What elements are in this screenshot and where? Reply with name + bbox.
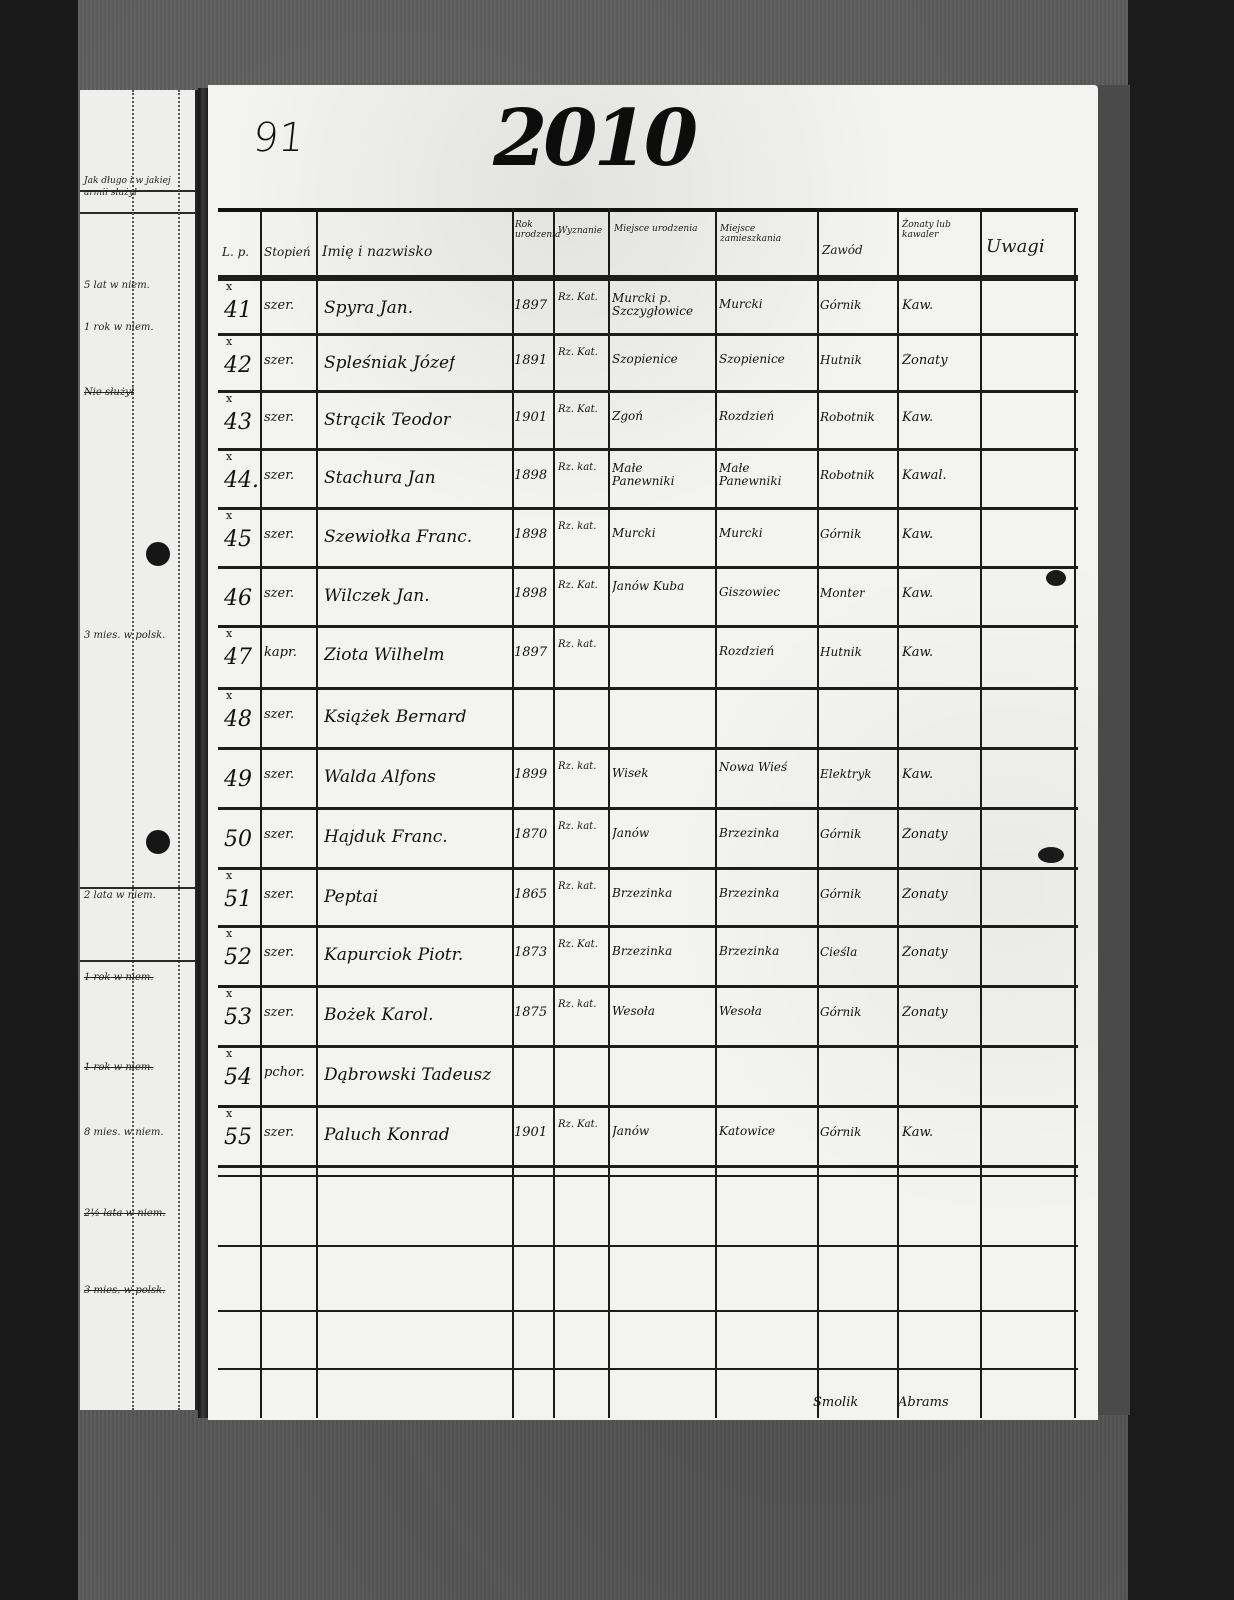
cell-marital: Żonaty [902, 353, 948, 368]
cell-religion: Rz. kat. [558, 999, 598, 1010]
cell-occupation: Górnik [820, 1005, 861, 1019]
cell-occupation: Robotnik [820, 410, 875, 424]
cell-rank: szer. [264, 827, 294, 842]
cell-occupation: Górnik [820, 527, 861, 541]
cell-rank: szer. [264, 945, 294, 960]
cell-marital: Kaw. [902, 410, 933, 425]
cell-lp: 50 [224, 827, 252, 852]
check-mark: x [226, 987, 232, 1000]
cell-rank: szer. [264, 298, 294, 313]
cell-birth-year: 1897 [514, 645, 547, 660]
cell-birthplace: Wisek [612, 767, 649, 780]
cell-lp: 47 [224, 645, 252, 670]
cell-residence: Katowice [719, 1125, 775, 1138]
header-lp: L. p. [222, 246, 249, 259]
punch-hole [146, 830, 170, 854]
cell-name: Bożek Karol. [324, 1005, 434, 1025]
check-mark: x [226, 450, 232, 463]
cell-rank: szer. [264, 1005, 294, 1020]
cell-residence: Nowa Wieś [719, 761, 814, 774]
cell-name: Kapurciok Piotr. [324, 945, 463, 965]
cell-marital: Żonaty [902, 945, 948, 960]
check-mark: x [226, 869, 232, 882]
cell-rank: kapr. [264, 645, 297, 660]
cell-birthplace: Brzezinka [612, 945, 672, 958]
row-divider [218, 1165, 1078, 1168]
cell-birth-year: 1897 [514, 298, 547, 313]
check-mark: x [226, 927, 232, 940]
cell-religion: Rz. kat. [558, 521, 598, 532]
cell-name: Spyra Jan. [324, 298, 413, 318]
cell-residence: Szopienice [719, 353, 785, 366]
cell-birth-year: 1891 [514, 353, 547, 368]
facing-note: 1 rok w niem. [84, 1062, 196, 1073]
facing-divider [80, 887, 195, 889]
table-row: x44.szer.Stachura Jan1898Rz. kat.Małe Pa… [208, 448, 1074, 507]
cell-occupation: Górnik [820, 298, 861, 312]
facing-note: 2 lata w niem. [84, 890, 196, 901]
check-mark: x [226, 1047, 232, 1060]
cell-rank: szer. [264, 410, 294, 425]
signature: Abrams [898, 1395, 949, 1410]
cell-occupation: Cieśla [820, 945, 857, 959]
cell-name: Stachura Jan [324, 468, 436, 488]
cell-rank: szer. [264, 767, 294, 782]
cell-lp: 52 [224, 945, 252, 970]
check-mark: x [226, 392, 232, 405]
cell-birth-year: 1870 [514, 827, 547, 842]
table-top-rule [218, 208, 1078, 212]
cell-lp: 55 [224, 1125, 252, 1150]
cell-marital: Kaw. [902, 298, 933, 313]
cell-residence: Wesoła [719, 1005, 762, 1018]
header-religion: Wyznanie [558, 226, 606, 236]
table-row: x41szer.Spyra Jan.1897Rz. Kat.Murcki p. … [208, 278, 1074, 333]
cell-rank: szer. [264, 707, 294, 722]
cell-religion: Rz. kat. [558, 639, 598, 650]
table-row: x51szer.Peptai1865Rz. kat.BrzezinkaBrzez… [208, 867, 1074, 925]
cell-birthplace: Murcki [612, 527, 656, 540]
cell-marital: Kaw. [902, 586, 933, 601]
cell-religion: Rz. kat. [558, 761, 598, 772]
cell-religion: Rz. Kat. [558, 347, 598, 358]
cell-lp: 49 [224, 767, 252, 792]
cell-occupation: Górnik [820, 1125, 861, 1139]
facing-page-strip: Jak długo i w jakiej armii służył 5 lat … [80, 90, 198, 1410]
cell-rank: szer. [264, 353, 294, 368]
cell-name: Paluch Konrad [324, 1125, 450, 1145]
header-marital: Żonaty lub kawaler [902, 220, 976, 240]
table-row: 50szer.Hajduk Franc.1870Rz. kat.JanówBrz… [208, 807, 1074, 867]
table-row: 49szer.Walda Alfons1899Rz. kat.WisekNowa… [208, 747, 1074, 807]
cell-rank: szer. [264, 586, 294, 601]
register-number: 2010 [493, 93, 694, 184]
ledger-page: 91 2010 L. p. Stopień Imię i nazwisko Ro… [208, 85, 1098, 1420]
cell-lp: 45 [224, 527, 252, 552]
cell-name: Strącik Teodor [324, 410, 451, 430]
cell-birthplace: Murcki p. Szczygłowice [612, 292, 707, 318]
cell-birthplace: Zgoń [612, 410, 643, 423]
cell-residence: Murcki [719, 298, 763, 311]
cell-lp: 46 [224, 586, 252, 611]
table-row: x43szer.Strącik Teodor1901Rz. Kat.ZgońRo… [208, 390, 1074, 448]
check-mark: x [226, 509, 232, 522]
cell-rank: pchor. [264, 1065, 305, 1080]
cell-marital: Kaw. [902, 767, 933, 782]
check-mark: x [226, 280, 232, 293]
cell-lp: 42 [224, 353, 252, 378]
table-row: x55szer.Paluch Konrad1901Rz. Kat.JanówKa… [208, 1105, 1074, 1165]
cell-marital: Kaw. [902, 527, 933, 542]
table-row: x45szer.Szewiołka Franc.1898Rz. kat.Murc… [208, 507, 1074, 566]
facing-note: 2½ lata w niem. [84, 1208, 196, 1219]
cell-religion: Rz. Kat. [558, 1119, 598, 1130]
cell-religion: Rz. kat. [558, 462, 598, 473]
check-mark: x [226, 627, 232, 640]
cell-religion: Rz. kat. [558, 821, 598, 832]
cell-marital: Kaw. [902, 645, 933, 660]
cell-lp: 41 [224, 298, 252, 323]
table-row: x47kapr.Ziota Wilhelm1897Rz. kat.Rozdzie… [208, 625, 1074, 687]
punch-hole [146, 542, 170, 566]
cell-residence: Rozdzień [719, 410, 774, 423]
signature: Smolik [813, 1395, 858, 1410]
cell-residence: Murcki [719, 527, 763, 540]
cell-birth-year: 1901 [514, 410, 547, 425]
cell-birthplace: Brzezinka [612, 887, 672, 900]
cell-marital: Żonaty [902, 1005, 948, 1020]
cell-religion: Rz. Kat. [558, 404, 598, 415]
cell-lp: 48 [224, 707, 252, 732]
cell-name: Peptai [324, 887, 378, 907]
header-birthplace: Miejsce urodzenia [614, 224, 710, 234]
row-divider [218, 1175, 1078, 1177]
cell-birth-year: 1898 [514, 586, 547, 601]
cell-rank: szer. [264, 527, 294, 542]
cell-marital: Kaw. [902, 1125, 933, 1140]
cell-rank: szer. [264, 1125, 294, 1140]
row-divider [218, 1245, 1078, 1247]
cell-name: Wilczek Jan. [324, 586, 430, 606]
check-mark: x [226, 335, 232, 348]
cell-rank: szer. [264, 468, 294, 483]
cell-occupation: Górnik [820, 887, 861, 901]
header-birth-year: Rok urodzenia [515, 220, 551, 240]
cell-name: Walda Alfons [324, 767, 436, 787]
cell-name: Dąbrowski Tadeusz [324, 1065, 491, 1085]
cell-residence: Rozdzień [719, 645, 774, 658]
facing-note: 1 rok w niem. [84, 972, 196, 983]
cell-residence: Brzezinka [719, 887, 779, 900]
cell-rank: szer. [264, 887, 294, 902]
cell-lp: 43 [224, 410, 252, 435]
cell-occupation: Górnik [820, 827, 861, 841]
check-mark: x [226, 1107, 232, 1120]
header-remarks: Uwagi [986, 240, 1045, 253]
cell-occupation: Hutnik [820, 353, 862, 367]
cell-marital: Żonaty [902, 827, 948, 842]
cell-name: Szewiołka Franc. [324, 527, 472, 547]
cell-birthplace: Janów [612, 827, 649, 840]
cell-residence: Brzezinka [719, 945, 779, 958]
ink-blot [1046, 570, 1066, 586]
header-rank: Stopień [264, 246, 311, 259]
cell-birth-year: 1865 [514, 887, 547, 902]
cell-lp: 51 [224, 887, 252, 912]
cell-birthplace: Wesoła [612, 1005, 655, 1018]
facing-column-header: Jak długo i w jakiej armii służył [84, 175, 194, 199]
check-mark: x [226, 689, 232, 702]
table-row: 46szer.Wilczek Jan.1898Rz. Kat.Janów Kub… [208, 566, 1074, 625]
cell-lp: 53 [224, 1005, 252, 1030]
table-row: x52szer.Kapurciok Piotr.1873Rz. Kat.Brze… [208, 925, 1074, 985]
cell-name: Hajduk Franc. [324, 827, 448, 847]
table-row: x54pchor.Dąbrowski Tadeusz [208, 1045, 1074, 1105]
cell-religion: Rz. Kat. [558, 580, 598, 591]
cell-residence: Małe Panewniki [719, 462, 814, 488]
cell-birthplace: Janów Kuba [612, 580, 707, 593]
facing-note: Nie służył [84, 387, 196, 398]
facing-note: 3 mies. w polsk. [84, 630, 196, 641]
facing-divider [80, 960, 195, 962]
table-row: x48szer.Książek Bernard [208, 687, 1074, 747]
cell-religion: Rz. Kat. [558, 939, 598, 950]
row-divider [218, 1368, 1078, 1370]
header-occupation: Zawód [822, 244, 863, 257]
cell-birth-year: 1901 [514, 1125, 547, 1140]
cell-name: Ziota Wilhelm [324, 645, 444, 665]
cell-residence: Giszowiec [719, 586, 780, 599]
table-row: x42szer.Spleśniak Józef1891Rz. Kat.Szopi… [208, 333, 1074, 390]
facing-note: 1 rok w niem. [84, 322, 196, 333]
cell-name: Spleśniak Józef [324, 353, 455, 373]
header-residence: Miejsce zamieszkania [720, 224, 812, 244]
cell-lp: 54 [224, 1065, 252, 1090]
cell-birth-year: 1873 [514, 945, 547, 960]
cell-religion: Rz. kat. [558, 881, 598, 892]
cell-occupation: Hutnik [820, 645, 862, 659]
cell-birthplace: Szopienice [612, 353, 678, 366]
header-name: Imię i nazwisko [322, 246, 432, 259]
cell-birthplace: Janów [612, 1125, 649, 1138]
scan-edge-right [1128, 0, 1234, 1600]
cell-name: Książek Bernard [324, 707, 467, 727]
facing-note: 5 lat w niem. [84, 280, 196, 291]
table-row: x53szer.Bożek Karol.1875Rz. kat.WesołaWe… [208, 985, 1074, 1045]
cell-lp: 44. [224, 468, 259, 493]
cell-residence: Brzezinka [719, 827, 779, 840]
cell-birth-year: 1898 [514, 468, 547, 483]
cell-marital: Kawal. [902, 468, 947, 483]
cell-marital: Żonaty [902, 887, 948, 902]
cell-religion: Rz. Kat. [558, 292, 598, 303]
cell-birth-year: 1899 [514, 767, 547, 782]
facing-note: 3 mies. w polsk. [84, 1285, 196, 1296]
page-shadow [1098, 85, 1130, 1415]
cell-birth-year: 1898 [514, 527, 547, 542]
cell-occupation: Monter [820, 586, 865, 600]
facing-note: 8 mies. w niem. [84, 1127, 196, 1138]
cell-birthplace: Małe Panewniki [612, 462, 707, 488]
row-divider [218, 1310, 1078, 1312]
page-number: 91 [251, 115, 307, 161]
cell-occupation: Robotnik [820, 468, 875, 482]
cell-birth-year: 1875 [514, 1005, 547, 1020]
cell-occupation: Elektryk [820, 767, 872, 781]
ink-blot [1038, 847, 1064, 863]
